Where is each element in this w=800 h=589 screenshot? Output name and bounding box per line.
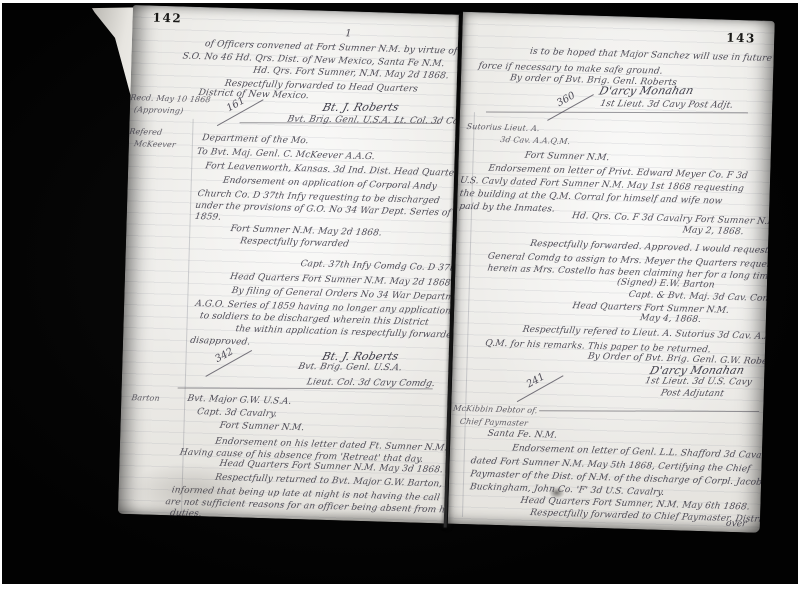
margin-note: Sutorius Lieut. A. (466, 123, 540, 134)
margin-note: Refered (129, 128, 163, 138)
handwriting-line: Capt. 37th Infy Comdg Co. D 37th Infy (300, 260, 460, 275)
signature-line: D'arcy Monahan (598, 85, 695, 97)
signature-line: 1st Lieut. 3d Cavy Post Adjt. (599, 100, 734, 111)
signature-line: Bt. J. Roberts (321, 102, 400, 114)
handwriting-line: Fort Sumner N.M. (524, 152, 610, 164)
entry-divider (539, 410, 759, 412)
page-number: 142 (152, 12, 182, 25)
handwriting-line: paid by the Inmates. (458, 203, 555, 216)
handwriting-line: Fort Sumner N.M. (219, 422, 305, 434)
entry-divider (178, 387, 433, 389)
handwriting-line: duties. (169, 509, 202, 520)
signature-line: 1st Lieut. 3d U.S. Cavy (644, 377, 753, 388)
margin-note: Recd. May 10 1868 (130, 94, 212, 105)
reference-number: 360 (540, 81, 594, 121)
signature-line: Bt. J. Roberts (321, 351, 400, 363)
handwriting-line: Santa Fe. N.M. (487, 430, 558, 442)
handwriting-line: Department of the Mo. (201, 134, 309, 147)
margin-note: 3d Cav. A.A.Q.M. (499, 136, 570, 147)
margin-note: (Approving) (133, 106, 184, 116)
signature-line: D'arcy Monahan (648, 365, 745, 377)
handwriting-line: Respectfully forwarded (239, 237, 349, 250)
handwriting-line: Bvt. Major G.W. U.S.A. (187, 395, 292, 408)
margin-note: Chief Paymaster (459, 418, 528, 429)
reference-number: 241 (509, 362, 563, 402)
handwriting-line: 1859. (194, 213, 222, 224)
page-left: 142 1 of Officers convened at Fort Sumne… (118, 5, 460, 523)
handwriting-line: Hd. Qrs. Co. F 3d Cavalry Fort Sumner N.… (571, 212, 775, 228)
ledger-spread: 142 1 of Officers convened at Fort Sumne… (118, 5, 775, 540)
signature-line: Post Adjutant (659, 389, 724, 400)
handwriting-line: May 2, 1868. (682, 226, 744, 238)
stray-ink-mark: 1 (345, 28, 352, 39)
margin-note: Barton (131, 394, 161, 404)
signature-line: Bvt. Brig. Genl. U.S.A. (297, 363, 403, 374)
page-right: 143 is to be hoped that Major Sanchez wi… (448, 12, 775, 533)
handwriting-line: is to be hoped that Major Sanchez will u… (529, 48, 773, 65)
handwriting-line: over (725, 520, 747, 530)
entry-divider (486, 112, 748, 114)
page-number: 143 (726, 32, 756, 45)
margin-note: McKeever (133, 140, 176, 150)
handwriting-line: May 4, 1868. (639, 314, 701, 326)
handwriting-line: Capt. 3d Cavalry. (196, 408, 278, 420)
